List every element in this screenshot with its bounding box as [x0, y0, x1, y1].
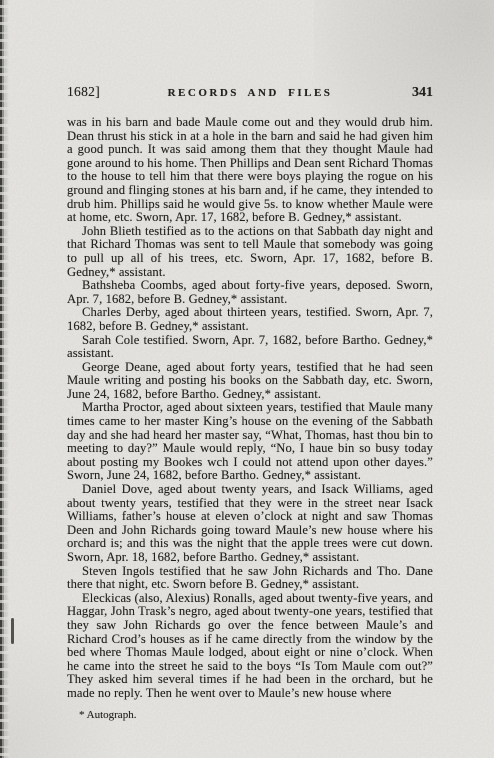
paragraph-9: Steven Ingols testified that he saw John… — [67, 565, 433, 592]
paragraph-10: Eleckicas (also, Alexius) Ronalls, aged … — [67, 592, 433, 701]
page-content: 1682] RECORDS AND FILES 341 was in his b… — [67, 84, 433, 721]
header-title: RECORDS AND FILES — [139, 87, 361, 99]
binding-edge — [0, 0, 9, 758]
header-year: 1682] — [67, 84, 139, 100]
footnote-autograph: * Autograph. — [67, 709, 433, 721]
margin-ink-mark — [11, 618, 14, 644]
paragraph-8: Daniel Dove, aged about twenty years, an… — [67, 483, 433, 565]
paragraph-1: was in his barn and bade Maule come out … — [67, 116, 433, 225]
paragraph-3: Bathsheba Coombs, aged about forty-five … — [67, 279, 433, 306]
paragraph-4: Charles Derby, aged about thirteen years… — [67, 306, 433, 333]
scanned-book-page: 1682] RECORDS AND FILES 341 was in his b… — [0, 0, 494, 758]
paragraph-5: Sarah Cole testified. Sworn, Apr. 7, 168… — [67, 334, 433, 361]
body-text: was in his barn and bade Maule come out … — [67, 116, 433, 701]
header-page-number: 341 — [361, 85, 433, 101]
running-header: 1682] RECORDS AND FILES 341 — [67, 84, 433, 101]
paragraph-7: Martha Proctor, aged about sixteen years… — [67, 401, 433, 483]
paragraph-6: George Deane, aged about forty years, te… — [67, 361, 433, 402]
paragraph-2: John Blieth testified as to the actions … — [67, 225, 433, 279]
